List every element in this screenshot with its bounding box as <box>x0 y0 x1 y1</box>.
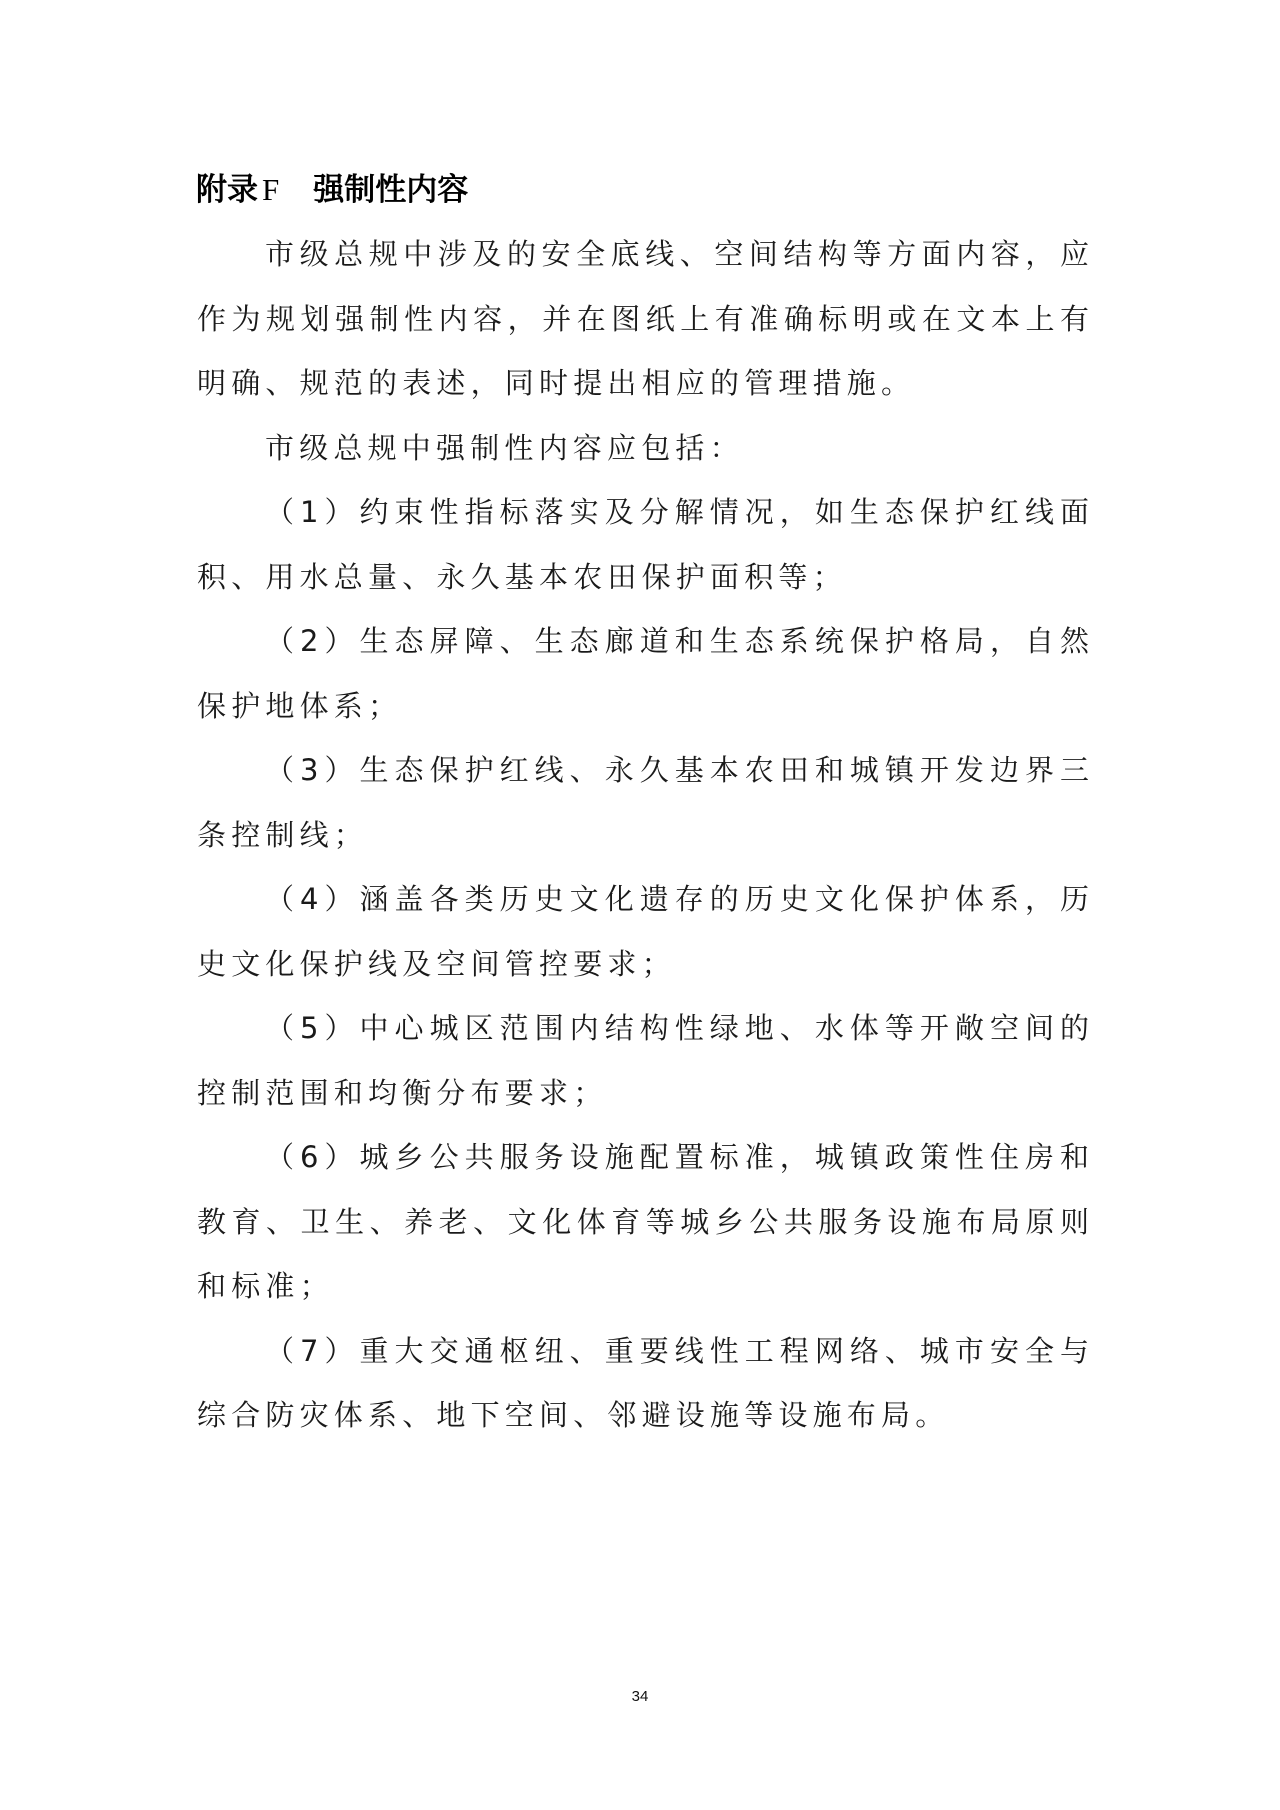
document-page: 附录F强制性内容 市级总规中涉及的安全底线、空间结构等方面内容，应 作为规划强制… <box>0 0 1280 1810</box>
paragraph-intro-line: 明确、规范的表述，同时提出相应的管理措施。 <box>197 351 1089 416</box>
list-item-7-line: 综合防灾体系、地下空间、邻避设施等设施布局。 <box>197 1383 1089 1448</box>
body-text: 市级总规中涉及的安全底线、空间结构等方面内容，应 作为规划强制性内容，并在图纸上… <box>197 222 1089 1448</box>
list-item-5-line: （5）中心城区范围内结构性绿地、水体等开敞空间的 <box>197 996 1089 1061</box>
list-item-4-line: （4）涵盖各类历史文化遗存的历史文化保护体系，历 <box>197 867 1089 932</box>
list-item-6-line: 教育、卫生、养老、文化体育等城乡公共服务设施布局原则 <box>197 1190 1089 1255</box>
page-number: 34 <box>0 1688 1280 1705</box>
paragraph-intro-line: 作为规划强制性内容，并在图纸上有准确标明或在文本上有 <box>197 287 1089 352</box>
appendix-letter: F <box>262 172 279 207</box>
appendix-label: 附录 <box>196 172 258 208</box>
list-item-3-line: （3）生态保护红线、永久基本农田和城镇开发边界三 <box>197 738 1089 803</box>
list-item-2-line: 保护地体系； <box>197 674 1089 739</box>
appendix-heading: 附录F强制性内容 <box>196 168 468 212</box>
list-item-1-line: （1）约束性指标落实及分解情况，如生态保护红线面 <box>197 480 1089 545</box>
list-item-6-line: （6）城乡公共服务设施配置标准，城镇政策性住房和 <box>197 1125 1089 1190</box>
list-item-3-line: 条控制线； <box>197 803 1089 868</box>
list-item-5-line: 控制范围和均衡分布要求； <box>197 1061 1089 1126</box>
list-item-1-line: 积、用水总量、永久基本农田保护面积等； <box>197 545 1089 610</box>
list-item-7-line: （7）重大交通枢纽、重要线性工程网络、城市安全与 <box>197 1319 1089 1384</box>
list-item-6-line: 和标准； <box>197 1254 1089 1319</box>
list-item-2-line: （2）生态屏障、生态廊道和生态系统保护格局，自然 <box>197 609 1089 674</box>
appendix-title: 强制性内容 <box>313 172 468 208</box>
list-item-4-line: 史文化保护线及空间管控要求； <box>197 932 1089 997</box>
paragraph-intro-line: 市级总规中涉及的安全底线、空间结构等方面内容，应 <box>197 222 1089 287</box>
paragraph-lead-line: 市级总规中强制性内容应包括： <box>197 416 1089 481</box>
